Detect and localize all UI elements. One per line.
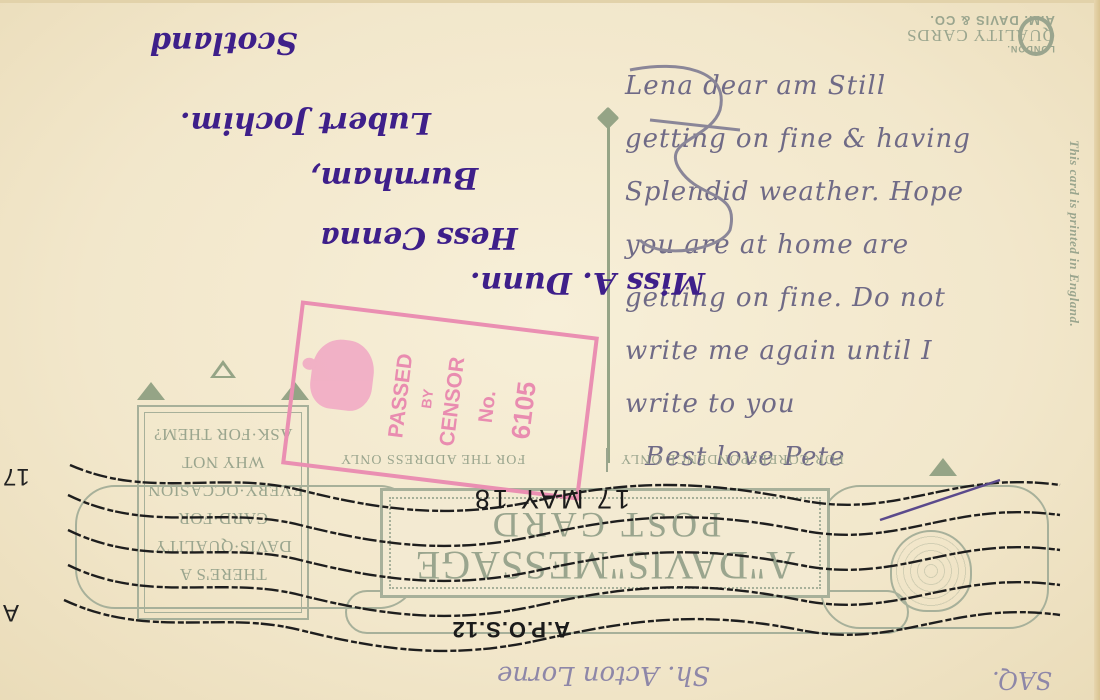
message-line: write to you [625, 378, 1065, 431]
banner-title: A"DAVIS"MESSAGE [383, 543, 827, 595]
postmark-date: 17 MAY 18 [480, 474, 630, 514]
hollow-triangle [210, 360, 236, 378]
ad-line: ASK·FOR THEM? [139, 420, 307, 448]
pencil-reference: SAQ. [972, 660, 1052, 694]
publisher-city: LONDON. [906, 44, 1055, 53]
address-line: Scotland [150, 25, 297, 60]
address-line: Lubert Jochim. [180, 105, 431, 140]
publisher-tagline: QUALITY CARDS [906, 27, 1055, 44]
correspondence-only-label: FOR CORRESPONDENCE ONLY [620, 450, 844, 466]
address-line: Miss A. Dunn. [470, 265, 705, 300]
card-edge-right [1094, 0, 1100, 700]
pencil-scribble [620, 50, 750, 260]
corner-triangle [929, 458, 957, 476]
pencil-annotation: Sh. Acton Lorne [430, 650, 710, 690]
censor-number: 6105 [500, 337, 548, 485]
address-line: Burnham, [310, 160, 478, 195]
publisher-name: A.M. DAVIS & CO. [906, 14, 1055, 27]
postmark-office: A.P.O.S.12 [480, 612, 570, 642]
printed-in-text: This card is printed in England. [1066, 140, 1082, 327]
address-line: Hess Cenna [320, 220, 518, 255]
censor-stamp: PASSED BY CENSOR No. 6105 [281, 300, 599, 500]
label-separator [606, 448, 608, 472]
postmark-edge-letter: A [3, 598, 19, 626]
hop-cone-ornament [890, 530, 972, 612]
crown-icon [307, 336, 377, 413]
card-edge-top [0, 0, 1100, 3]
postcard-back: LONDON. QUALITY CARDS A.M. DAVIS & CO. T… [0, 0, 1100, 700]
address-block: Miss A. Dunn. Hess Cenna Burnham, Lubert… [150, 10, 600, 350]
message-line: write me again until I [625, 325, 1065, 378]
postmark-edge-number: 17 [3, 462, 30, 490]
corner-triangle [137, 382, 165, 400]
